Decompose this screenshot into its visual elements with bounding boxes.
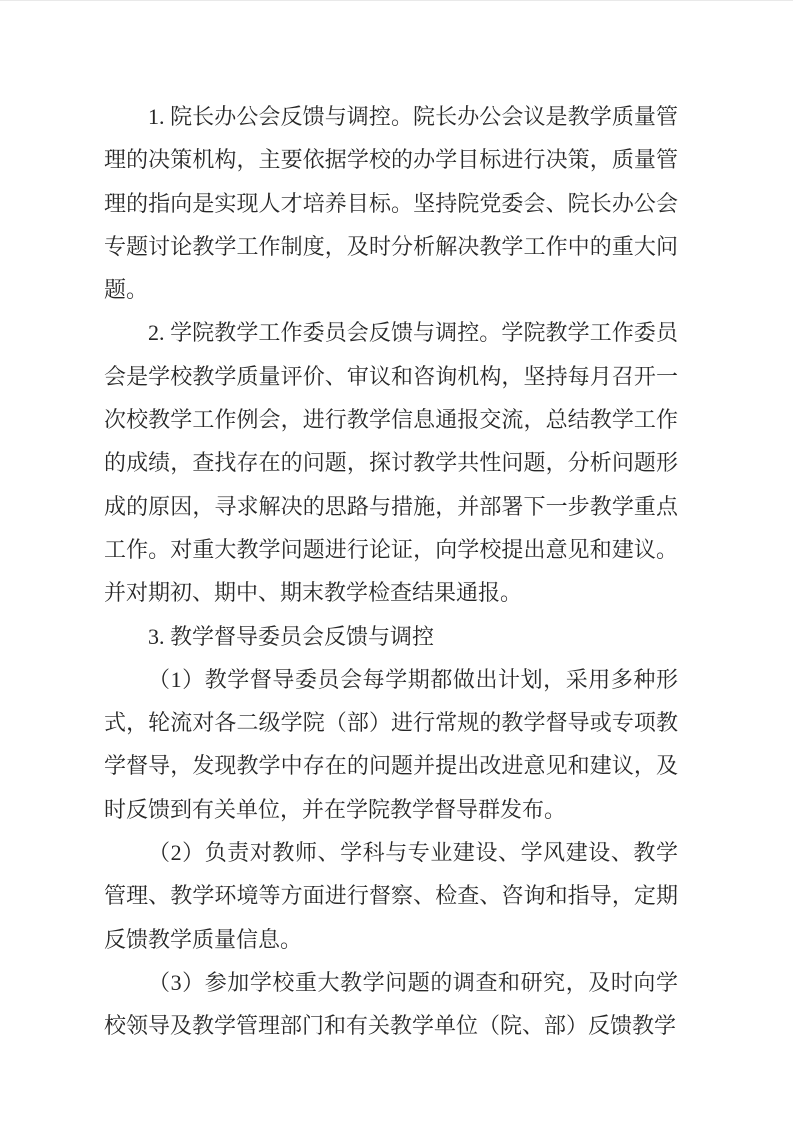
paragraph: （2）负责对教师、学科与专业建设、学风建设、教学管理、教学环境等方面进行督察、检… — [104, 831, 678, 961]
document-page: 1. 院长办公会反馈与调控。院长办公会议是教学质量管理的决策机构，主要依据学校的… — [0, 0, 793, 1122]
paragraph: 1. 院长办公会反馈与调控。院长办公会议是教学质量管理的决策机构，主要依据学校的… — [104, 95, 678, 311]
paragraph: 2. 学院教学工作委员会反馈与调控。学院教学工作委员会是学校教学质量评价、审议和… — [104, 311, 678, 614]
paragraph: （1）教学督导委员会每学期都做出计划，采用多种形式，轮流对各二级学院（部）进行常… — [104, 658, 678, 831]
document-body: 1. 院长办公会反馈与调控。院长办公会议是教学质量管理的决策机构，主要依据学校的… — [104, 95, 678, 1048]
paragraph: 3. 教学督导委员会反馈与调控 — [104, 615, 678, 658]
paragraph: （3）参加学校重大教学问题的调查和研究，及时向学校领导及教学管理部门和有关教学单… — [104, 961, 678, 1048]
